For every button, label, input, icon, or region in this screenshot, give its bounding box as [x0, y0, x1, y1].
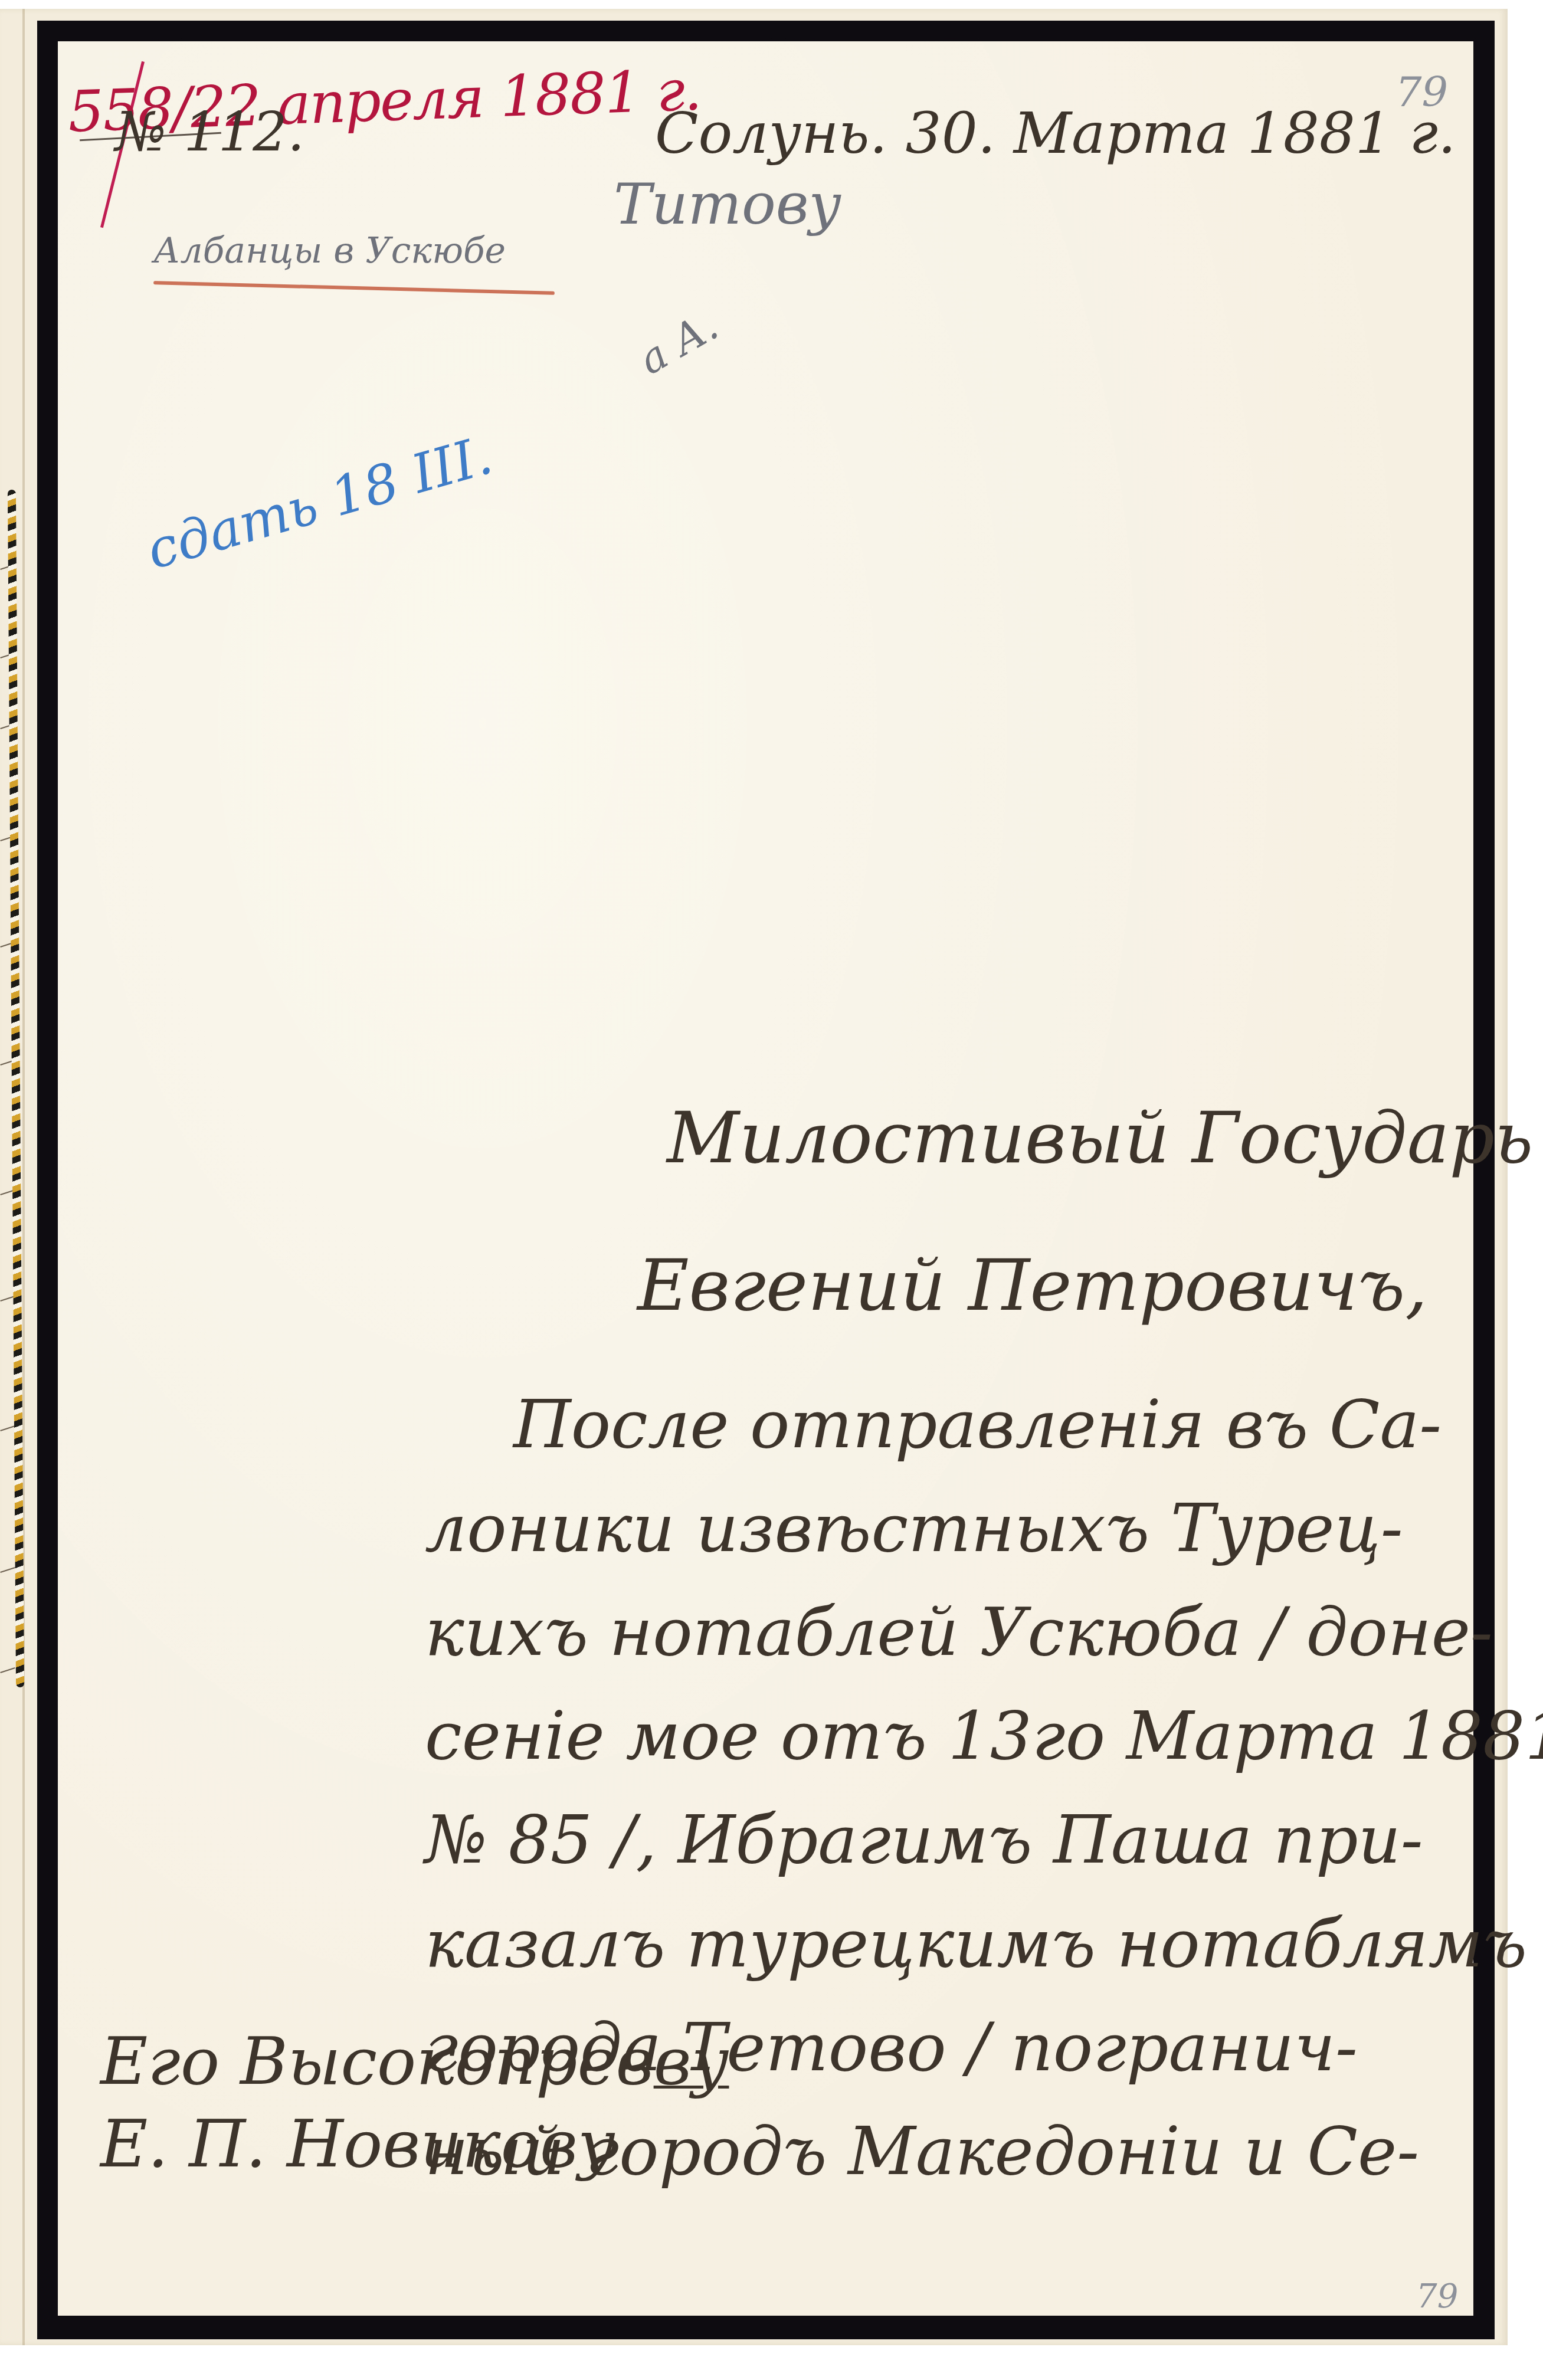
addressee-title: Его Высокопревву — [100, 2024, 729, 2106]
subject-annotation: Албанцы в Ускюбе — [153, 230, 506, 271]
body-line-2: лоники извѣстныхъ Турец- — [425, 1490, 1463, 1594]
body-line-3: кихъ нотаблей Ускюба / доне- — [425, 1594, 1463, 1698]
salutation-line-1: Милостивый Государь — [667, 1097, 1533, 1179]
body-line-4: сеніе мое отъ 13го Марта 1881 г. — [425, 1698, 1463, 1802]
body-line-1: После отправленія въ Са- — [425, 1386, 1463, 1490]
recipient-pencil-note: Титову — [614, 171, 841, 237]
body-line-6: казалъ турецкимъ нотаблямъ — [425, 1906, 1463, 2009]
folio-number-bottom: 79 — [1416, 2277, 1458, 2316]
addressee-name: Е. П. Новикову — [100, 2106, 729, 2189]
addressee-title-abbrev: ву — [654, 2024, 729, 2099]
addressee-title-prefix: Его Высокопрев — [100, 2024, 654, 2099]
place-and-date: Солунь. 30. Марта 1881 г. — [655, 100, 1456, 166]
salutation-line-2: Евгений Петровичъ, — [637, 1245, 1427, 1327]
document-number: № 112. — [115, 100, 304, 163]
body-line-5: № 85 /, Ибрагимъ Паша при- — [425, 1802, 1463, 1906]
folio-number-top: 79 — [1395, 68, 1448, 116]
addressee-block: Его Высокопревву Е. П. Новикову — [100, 2024, 729, 2189]
